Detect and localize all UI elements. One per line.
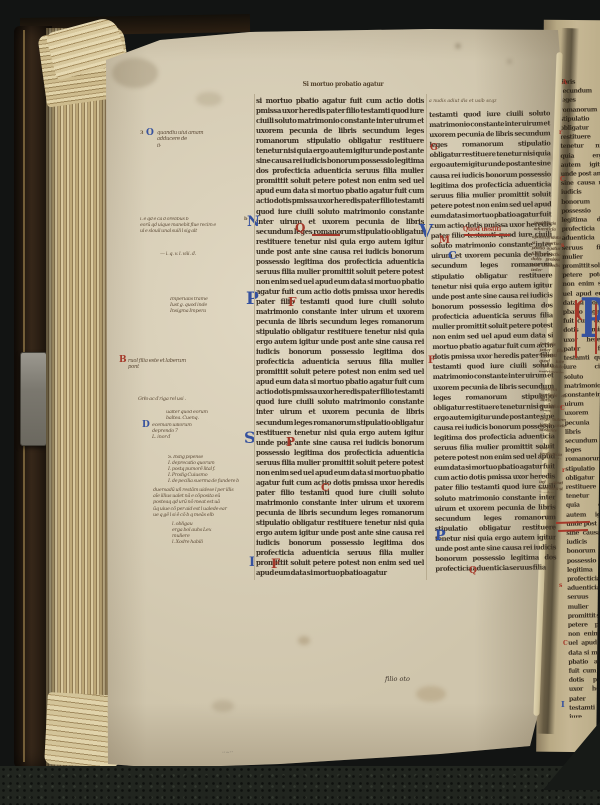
book-clasp <box>20 352 47 446</box>
rubric-heading: Quod uestiti <box>463 226 501 233</box>
manuscript-photo: libris secundum leges romanorum stipulat… <box>0 0 600 805</box>
page-stack-fore-edges <box>46 28 110 766</box>
catchword: filio oto <box>385 675 410 683</box>
running-header: Si mortuo probatio agatur <box>268 81 418 88</box>
manuscript-page <box>100 24 568 770</box>
leather-surface <box>0 766 600 805</box>
column2-header: a nudis adiut dis et usib scqz <box>429 99 549 104</box>
